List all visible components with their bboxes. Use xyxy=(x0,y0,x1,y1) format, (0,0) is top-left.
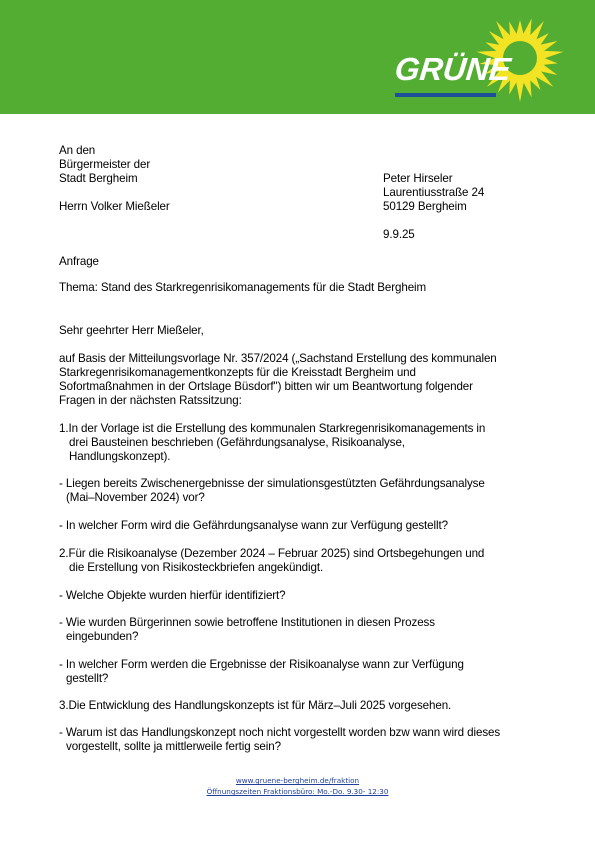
sub-question-line: - Welche Objekte wurden hierfür identifi… xyxy=(59,589,286,603)
document-type: Anfrage xyxy=(59,255,99,269)
sub-question-line: - In welcher Form werden die Ergebnisse … xyxy=(59,658,464,672)
sub-question-line: (Mai–November 2024) vor? xyxy=(66,491,205,505)
logo-text: GRÜNE xyxy=(393,53,512,85)
intro-line: auf Basis der Mitteilungsvorlage Nr. 357… xyxy=(59,352,497,366)
sub-question-line: - Liegen bereits Zwischenergebnisse der … xyxy=(59,477,485,491)
sub-question-line: - In welcher Form wird die Gefährdungsan… xyxy=(59,519,448,533)
footer-website-link[interactable]: www.gruene-bergheim.de/fraktion xyxy=(0,775,595,786)
sender-name: Peter Hirseler xyxy=(383,172,452,186)
intro-line: Fragen in der nächsten Ratssitzung: xyxy=(59,394,242,408)
sub-question-line: eingebunden? xyxy=(66,630,138,644)
recipient-name: Herrn Volker Mießeler xyxy=(59,200,170,214)
subject-line: Thema: Stand des Starkregenrisikomanagem… xyxy=(59,281,426,295)
letter-date: 9.9.25 xyxy=(383,228,415,242)
recipient-line-2: Bürgermeister der xyxy=(59,158,150,172)
sub-question-line: vorgestellt, sollte ja mittlerweile fert… xyxy=(66,740,281,754)
recipient-line-3: Stadt Bergheim xyxy=(59,172,138,186)
header-banner: GRÜNE xyxy=(0,0,595,114)
salutation: Sehr geehrter Herr Mießeler, xyxy=(59,324,204,338)
question-2-line: 2.Für die Risikoanalyse (Dezember 2024 –… xyxy=(59,547,484,561)
question-3-line: 3.Die Entwicklung des Handlungskonzepts … xyxy=(59,699,451,713)
question-2-line: die Erstellung von Risikosteckbriefen an… xyxy=(69,561,323,575)
logo-underline xyxy=(395,93,496,97)
question-1-line: 1.In der Vorlage ist die Erstellung des … xyxy=(59,422,485,436)
sub-question-line: - Warum ist das Handlungskonzept noch ni… xyxy=(59,726,500,740)
sub-question-line: - Wie wurden Bürgerinnen sowie betroffen… xyxy=(59,616,435,630)
question-1-line: Handlungskonzept). xyxy=(69,450,170,464)
sender-city: 50129 Bergheim xyxy=(383,200,467,214)
sender-street: Laurentiusstraße 24 xyxy=(383,186,484,200)
intro-line: Sofortmaßnahmen in der Ortslage Büsdorf"… xyxy=(59,380,473,394)
intro-line: Starkregenrisikomanagementkonzepts für d… xyxy=(59,366,416,380)
footer-office-hours: Öffnungszeiten Fraktionsbüro: Mo.-Do. 9.… xyxy=(0,786,595,797)
question-1-line: drei Bausteinen beschrieben (Gefährdungs… xyxy=(69,436,405,450)
sub-question-line: gestellt? xyxy=(66,672,108,686)
recipient-line-1: An den xyxy=(59,144,95,158)
